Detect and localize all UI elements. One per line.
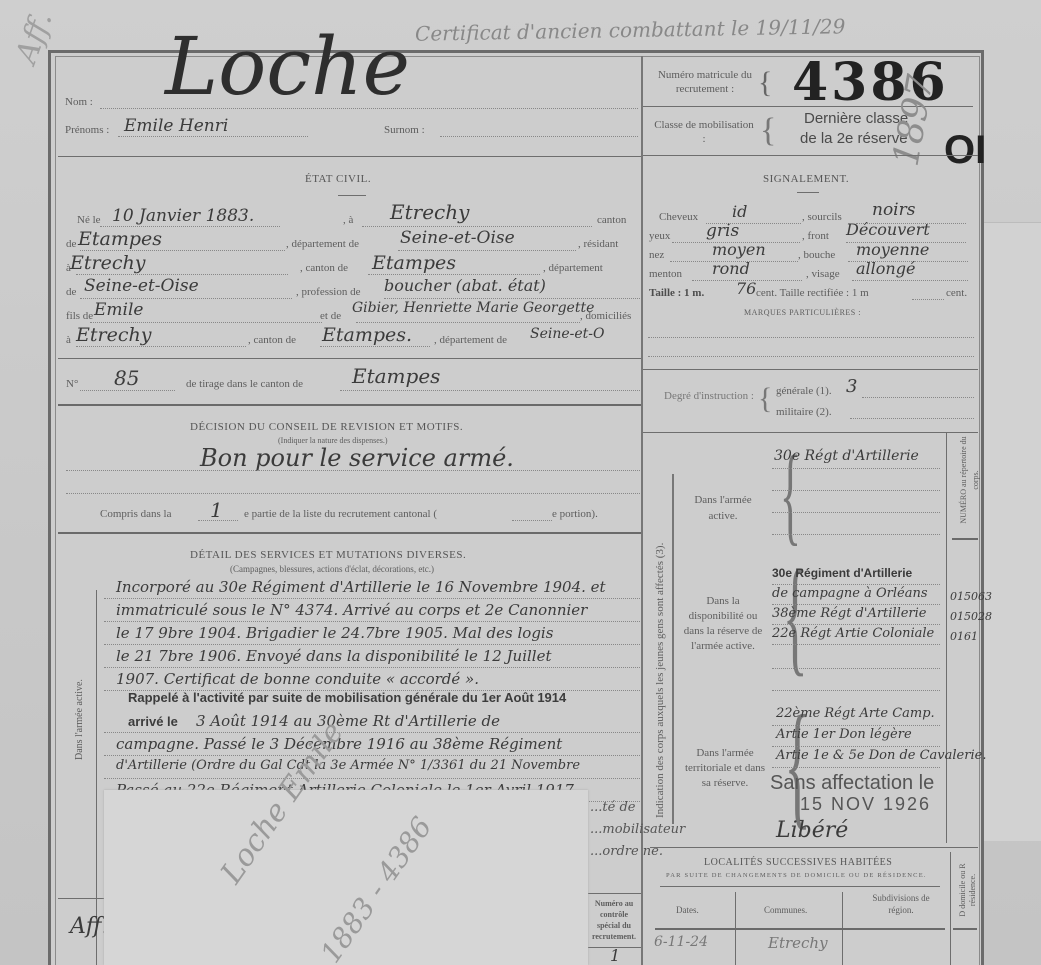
yeux-label: yeux (649, 230, 670, 242)
localites-column-header-type: D domicile ou R résidence. (958, 860, 978, 920)
sourcils-value: noirs (872, 200, 915, 220)
profession-label: , profession de (296, 286, 360, 298)
affect-territoriale-entry: 22ème Régt Arte Camp. (776, 706, 935, 721)
canton-label: canton (597, 214, 626, 226)
dom-canton-label: , canton de (248, 334, 296, 346)
nez-value: moyen (712, 240, 766, 259)
libere-mention: Libéré (776, 818, 848, 843)
visage-label: , visage (806, 268, 840, 280)
portion-suffix: e portion). (552, 508, 598, 520)
ne-le-label: Né le (77, 214, 101, 226)
sans-affectation-stamp: Sans affectation le (770, 772, 934, 795)
affect-territoriale-entry: Artie 1er Don légère (776, 727, 912, 742)
nom-label: Nom : (65, 96, 93, 108)
service-continuation-fragment: ...mobilisateur (590, 822, 685, 837)
instruction-generale-value: 3 (846, 376, 857, 397)
mobilisation-stamp: Rappelé à l'activité par suite de mobili… (128, 690, 566, 705)
localites-column-header: Dates. (676, 905, 699, 915)
matricule-label: Numéro matricule du recrutement : (652, 68, 758, 96)
nom-value: Loche (165, 20, 410, 113)
menton-label: menton (649, 268, 682, 280)
affect-dispo-entry: de campagne à Orléans (772, 586, 928, 601)
taille-unit: cent. Taille rectifiée : 1 m (756, 287, 869, 299)
residant-canton-value: Etampes (372, 252, 456, 274)
profession-value: boucher (abat. état) (384, 276, 546, 295)
adjacent-sheet (978, 222, 1041, 841)
cheveux-label: Cheveux (659, 211, 698, 223)
affect-dispo-number: 015063 (950, 590, 992, 603)
yeux-value: gris (706, 221, 739, 241)
localites-title: LOCALITÉS SUCCESSIVES HABITÉES (704, 857, 892, 868)
sourcils-label: , sourcils (802, 211, 842, 223)
de2-label: de (66, 286, 76, 298)
a-label: , à (343, 214, 353, 226)
cheveux-value: id (732, 202, 747, 221)
pasted-slip: Loche Emile 1883 - 4386 (104, 790, 588, 965)
etat-civil-title: ÉTAT CIVIL. (305, 173, 371, 185)
front-label: , front (802, 230, 829, 242)
surnom-label: Surnom : (384, 124, 425, 136)
instruction-militaire-label: militaire (2). (776, 406, 832, 418)
residant-label: , résidant (578, 238, 618, 250)
numero-repertoire-label: NUMÉRO au répertoire du corps. (958, 430, 982, 530)
departement-naissance-value: Seine-et-Oise (400, 228, 515, 248)
bureau-stamp: OI (944, 128, 986, 173)
taille-value: 76 (736, 279, 756, 298)
residant-canton-label: , canton de (300, 262, 348, 274)
et-de-label: et de (320, 310, 341, 322)
margin-aff: Aff. (70, 914, 108, 939)
affect-territoriale-entry: Artie 1e & 5e Don de Cavalerie. (776, 748, 986, 763)
domicile-canton-value: Etampes. (322, 324, 412, 346)
prenoms-value: Emile Henri (124, 116, 228, 136)
services-subtitle: (Campagnes, blessures, actions d'éclat, … (230, 564, 434, 574)
tirage-canton-value: Etampes (352, 364, 440, 388)
affect-dispo-number: 015028 (950, 610, 992, 623)
domicile-value: Etrechy (76, 324, 151, 346)
service-entry-line: 3 Août 1914 au 30ème Rt d'Artillerie de (196, 712, 500, 730)
controle-label: Numéro au contrôle spécial du recrutemen… (588, 898, 640, 942)
service-entry-line: 1907. Certificat de bonne conduite « acc… (116, 670, 479, 688)
bouche-label: , bouche (798, 249, 835, 261)
front-value: Découvert (846, 220, 930, 239)
affect-dispo-label: Dans la disponibilité ou dans la réserve… (678, 594, 768, 654)
pere-value: Emile (94, 300, 143, 320)
localites-subtitle: PAR SUITE DE CHANGEMENTS DE DOMICILE OU … (666, 872, 927, 879)
decision-value: Bon pour le service armé. (200, 444, 514, 472)
compris-suffix: e partie de la liste du recrutement cant… (244, 508, 437, 520)
instruction-generale-label: générale (1). (776, 385, 832, 397)
sans-affectation-date: 15 NOV 1926 (800, 794, 931, 815)
canton-naissance-value: Etampes (78, 228, 162, 250)
domicile-departement-value: Seine-et-O (530, 326, 605, 342)
bouche-value: moyenne (856, 240, 929, 259)
lieu-naissance-value: Etrechy (390, 200, 469, 224)
service-continuation-fragment: ...té de (590, 800, 635, 815)
classe-label: Classe de mobilisation : (654, 118, 754, 146)
compris-value: 1 (210, 498, 223, 522)
service-entry-line: immatriculé sous le N° 4374. Arrivé au c… (116, 601, 587, 619)
affect-active-entry: 30e Régt d'Artillerie (774, 448, 919, 464)
localites-column-header: Communes. (764, 905, 807, 915)
marques-label: MARQUES PARTICULIÈRES : (744, 308, 861, 317)
domicilies-label: , domiciliés (580, 310, 631, 322)
affect-dispo-entry: 30e Régiment d'Artillerie (772, 566, 912, 580)
affect-dispo-entry: 38ème Régt d'Artillerie (772, 606, 927, 621)
dom-a-label: à (66, 334, 71, 346)
service-entry-line: d'Artillerie (Ordre du Gal Cdt la 3e Arm… (116, 758, 580, 773)
tirage-no-value: 85 (114, 366, 139, 390)
slip-number: 1883 - 4386 (314, 811, 438, 965)
services-side-label: Dans l'armée active. (74, 679, 85, 760)
affect-active-label: Dans l'armée active. (680, 492, 766, 524)
service-entry-line: Incorporé au 30e Régiment d'Artillerie l… (116, 578, 606, 596)
localites-row-date: 6-11-24 (654, 934, 708, 950)
dom-departement-label: , département de (434, 334, 507, 346)
signalement-title: SIGNALEMENT. (763, 173, 849, 185)
localites-row-commune: Etrechy (768, 934, 828, 952)
taille-rect-unit: cent. (946, 287, 967, 299)
affect-dispo-number: 0161 (950, 630, 978, 643)
menton-value: rond (712, 259, 750, 278)
affect-dispo-entry: 22e Régt Artie Coloniale (772, 626, 934, 641)
prenoms-label: Prénoms : (65, 124, 109, 136)
service-entry-line: le 17 9bre 1904. Brigadier le 24.7bre 19… (116, 624, 553, 642)
localites-column-header: Subdivisions de région. (866, 892, 936, 916)
instruction-label: Degré d'instruction : (664, 388, 754, 404)
residant-value: Etrechy (70, 252, 145, 274)
tirage-no-label: N° (66, 378, 78, 390)
affectations-vertical-label: Indication des corps auxquels les jeunes… (654, 543, 666, 818)
tirage-label: de tirage dans le canton de (186, 378, 303, 390)
visage-value: allongé (856, 259, 915, 278)
nez-label: nez (649, 249, 664, 261)
services-title: DÉTAIL DES SERVICES ET MUTATIONS DIVERSE… (190, 549, 466, 561)
departement-label: , département de (286, 238, 359, 250)
controle-value: 1 (610, 946, 620, 965)
fils-label: fils de (66, 310, 93, 322)
ne-le-value: 10 Janvier 1883. (112, 206, 254, 226)
mere-value: Gibier, Henriette Marie Georgette (352, 300, 594, 316)
decision-title: DÉCISION DU CONSEIL DE REVISION ET MOTIF… (190, 421, 463, 433)
residant-departement-value: Seine-et-Oise (84, 276, 199, 296)
taille-label: Taille : 1 m. (649, 287, 704, 299)
de-label: de (66, 238, 76, 250)
compris-label: Compris dans la (100, 508, 172, 520)
residant-departement-label: , département (543, 262, 603, 274)
arrive-le-stamp: arrivé le (128, 714, 178, 729)
service-entry-line: le 21 7bre 1906. Envoyé dans la disponib… (116, 647, 552, 665)
affect-territoriale-label: Dans l'armée territoriale et dans sa rés… (682, 746, 768, 791)
